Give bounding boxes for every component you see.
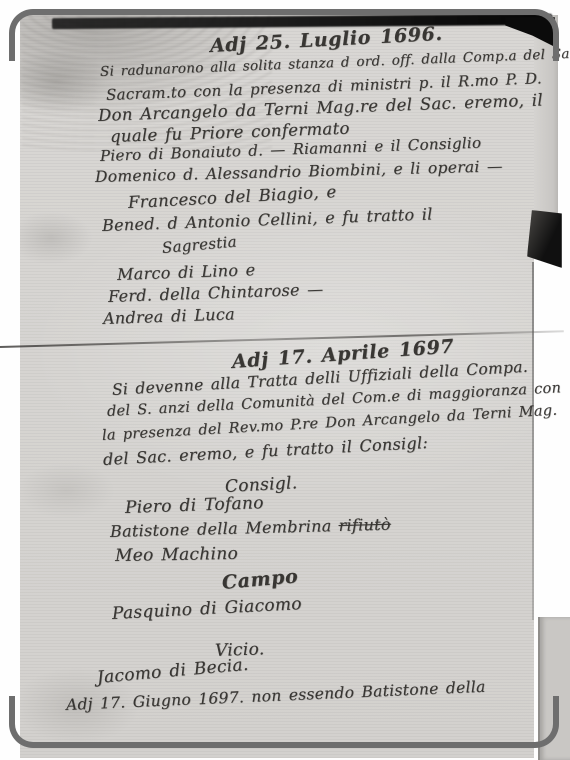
page-edge-line: [532, 262, 534, 620]
manuscript-scan-viewer: Adj 25. Luglio 1696. Si radunarono alla …: [0, 0, 570, 760]
scan-frame-bottom: [9, 696, 559, 748]
struck-word: rifiutò: [338, 515, 391, 535]
scan-frame-top: [9, 9, 559, 61]
handwritten-line: Meo Machino: [115, 544, 238, 566]
